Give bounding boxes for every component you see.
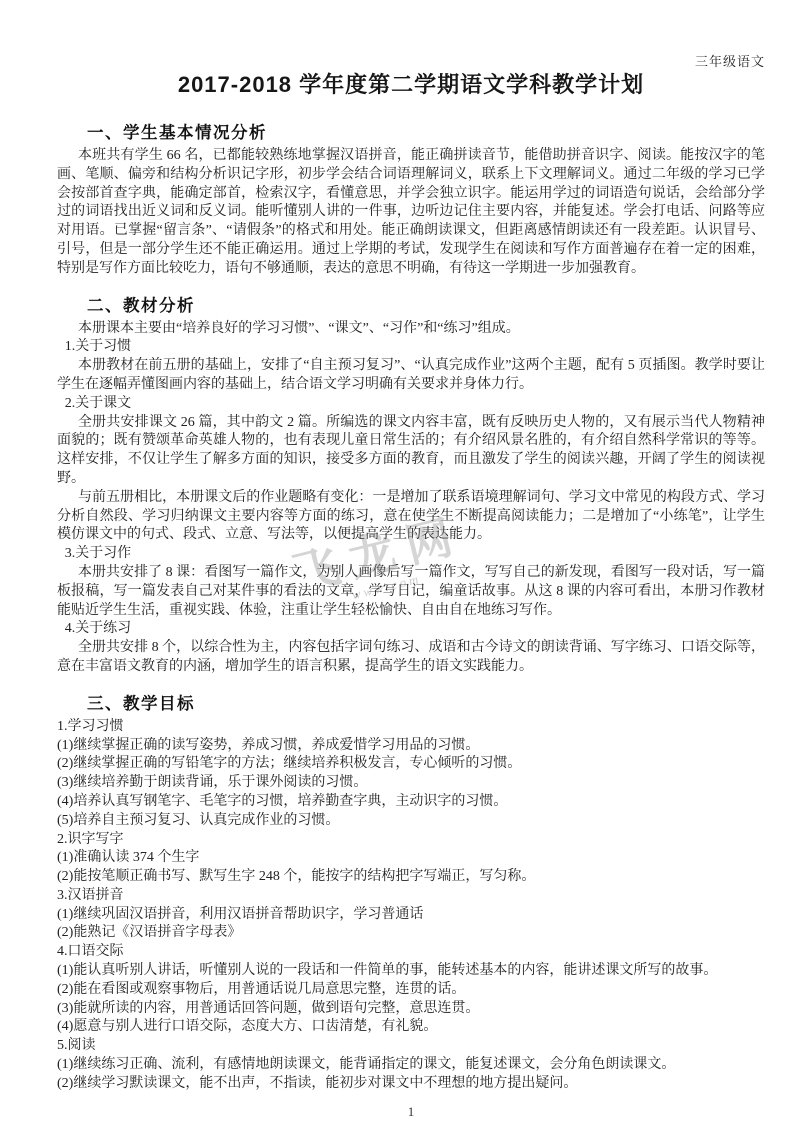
goal-line: (2)能熟记《汉语拼音字母表》 (57, 924, 765, 943)
section-heading: 一、学生基本情况分析 (87, 119, 765, 143)
page-number: 1 (57, 1104, 765, 1120)
corner-label: 三年级语文 (695, 51, 765, 70)
goal-line: (1)准确认读 374 个生字 (57, 849, 765, 868)
page-title: 2017-2018 学年度第二学期语文学科教学计划 (57, 68, 765, 99)
paragraph: 与前五册相比，本册课文后的作业题略有变化：一是增加了联系语境理解词句、学习文中常… (57, 489, 765, 545)
sub-item: 2.关于课文 (57, 395, 765, 414)
page-content: 2017-2018 学年度第二学期语文学科教学计划 一、学生基本情况分析 本班共… (0, 0, 793, 1120)
paragraph: 全册共安排课文 26 篇，其中韵文 2 篇。所编选的课文内容丰富，既有反映历史人… (57, 414, 765, 489)
section-heading: 二、教材分析 (87, 292, 765, 316)
section-student-analysis: 一、学生基本情况分析 本班共有学生 66 名，已都能较熟练地掌握汉语拼音，能正确… (57, 119, 765, 279)
sub-item: 3.关于习作 (57, 545, 765, 564)
sub-item: 1.关于习惯 (57, 338, 765, 357)
section-teaching-goals: 三、教学目标 1.学习习惯 (1)继续掌握正确的读写姿势，养成习惯，养成爱惜学习… (57, 690, 765, 1094)
goal-line: (2)继续学习默读课文，能不出声，不指读，能初步对课文中不理想的地方提出疑问。 (57, 1075, 765, 1094)
paragraph: 本册课本主要由“培养良好的学习习惯”、“课文”、“习作”和“练习”组成。 (57, 320, 765, 339)
goal-line: (4)培养认真写钢笔字、毛笔字的习惯，培养勤查字典，主动识字的习惯。 (57, 793, 765, 812)
paragraph: 本班共有学生 66 名，已都能较熟练地掌握汉语拼音，能正确拼读音节，能借助拼音识… (57, 147, 765, 279)
goal-line: (5)培养自主预习复习、认真完成作业的习惯。 (57, 812, 765, 831)
goal-line: (4)愿意与别人进行口语交际，态度大方、口齿清楚，有礼貌。 (57, 1018, 765, 1037)
document-page: 三年级语文 飞龙网 www.com 2017-2018 学年度第二学期语文学科教… (0, 0, 793, 1122)
section-material-analysis: 二、教材分析 本册课本主要由“培养良好的学习习惯”、“课文”、“习作”和“练习”… (57, 292, 765, 677)
goal-line: 1.学习习惯 (57, 718, 765, 737)
goal-line: (3)继续培养勤于朗读背诵，乐于课外阅读的习惯。 (57, 774, 765, 793)
section-heading: 三、教学目标 (87, 690, 765, 714)
goal-line: (3)能就所读的内容，用普通话回答问题，做到语句完整，意思连贯。 (57, 1000, 765, 1019)
goal-line: (2)继续掌握正确的写铅笔字的方法；继续培养积极发言，专心倾听的习惯。 (57, 755, 765, 774)
goal-line: (2)能按笔顺正确书写、默写生字 248 个，能按字的结构把字写端正，写匀称。 (57, 868, 765, 887)
paragraph: 本册共安排了 8 课：看图写一篇作文，为别人画像后写一篇作文，写写自己的新发现，… (57, 564, 765, 620)
goal-line: (1)继续掌握正确的读写姿势，养成习惯，养成爱惜学习用品的习惯。 (57, 737, 765, 756)
goal-line: 4.口语交际 (57, 943, 765, 962)
goal-line: (1)能认真听别人讲话，听懂别人说的一段话和一件简单的事，能转述基本的内容，能讲… (57, 962, 765, 981)
paragraph: 全册共安排 8 个，以综合性为主，内容包括字词句练习、成语和古今诗文的朗读背诵、… (57, 639, 765, 677)
goal-line: 3.汉语拼音 (57, 887, 765, 906)
paragraph: 本册教材在前五册的基础上，安排了“自主预习复习”、“认真完成作业”这两个主题，配… (57, 357, 765, 395)
goal-line: (1)继续巩固汉语拼音，利用汉语拼音帮助识字，学习普通话 (57, 906, 765, 925)
goal-line: (2)能在看图或观察事物后，用普通话说几局意思完整，连贯的话。 (57, 981, 765, 1000)
goal-line: (1)继续练习正确、流利，有感情地朗读课文，能背诵指定的课文，能复述课文，会分角… (57, 1056, 765, 1075)
goal-line: 5.阅读 (57, 1037, 765, 1056)
goal-line: 2.识字写字 (57, 831, 765, 850)
sub-item: 4.关于练习 (57, 620, 765, 639)
